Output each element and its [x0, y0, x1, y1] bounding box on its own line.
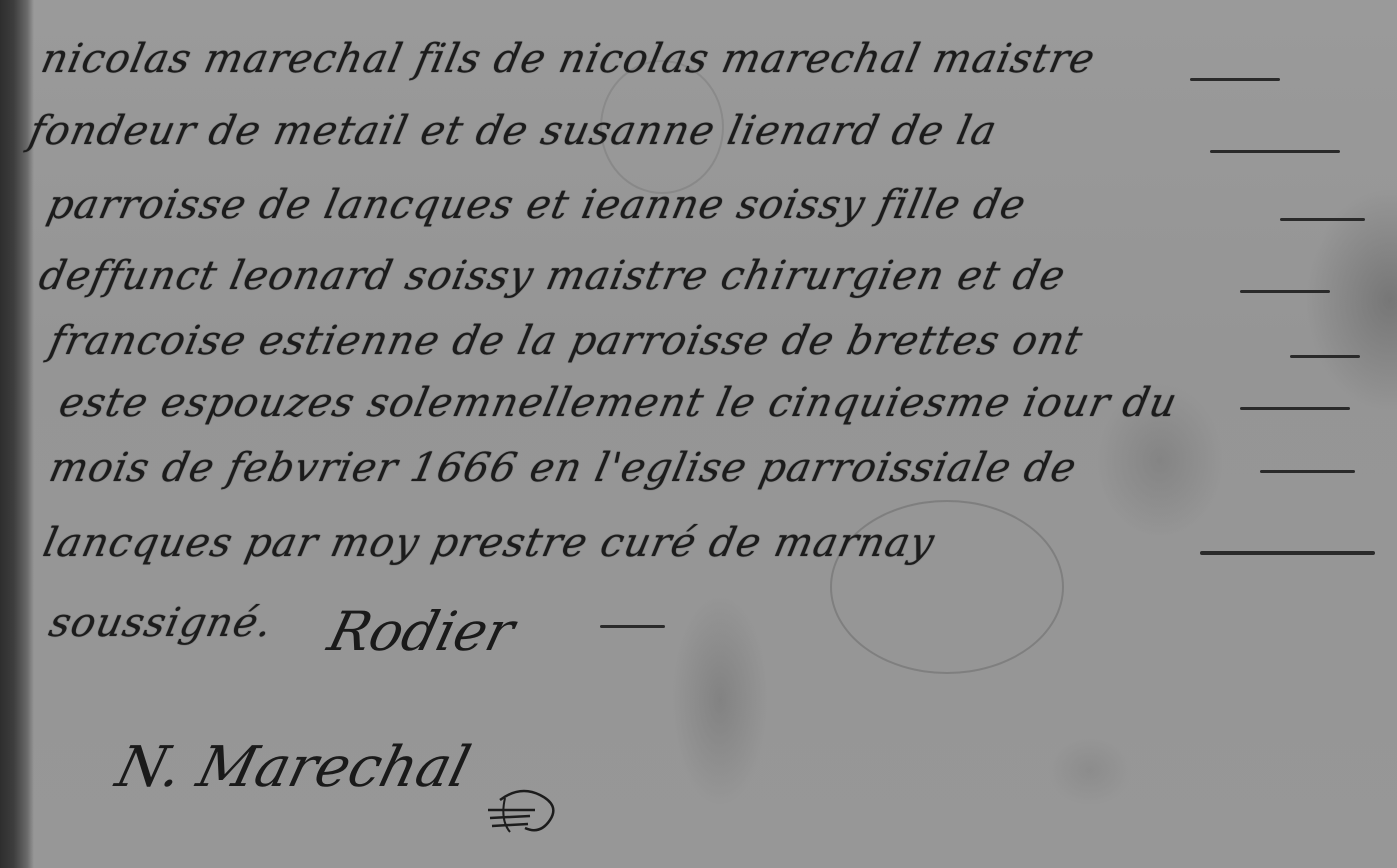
- line-flourish: [1290, 355, 1360, 358]
- signature-groom: N. Marechal: [110, 735, 477, 800]
- text-line-7: mois de febvrier 1666 en l'eglise parroi…: [45, 445, 1081, 491]
- line-flourish: [1240, 290, 1330, 293]
- line-flourish: [1260, 470, 1355, 473]
- line-flourish: [1280, 218, 1365, 221]
- text-line-6: este espouzes solemnellement le cinquies…: [55, 380, 1182, 426]
- text-line-4: deffunct leonard soissy maistre chirurgi…: [35, 253, 1070, 299]
- line-flourish: [1210, 150, 1340, 153]
- text-line-3: parroisse de lancques et ieanne soissy f…: [43, 182, 1030, 228]
- text-line-5: francoise estienne de la parroisse de br…: [45, 318, 1087, 364]
- document-page: nicolas marechal fils de nicolas marecha…: [0, 0, 1397, 868]
- text-line-9: soussigné.: [45, 600, 277, 646]
- text-line-8: lancques par moy prestre curé de marnay: [39, 520, 939, 566]
- line-flourish: [1200, 551, 1375, 555]
- line-flourish: [1240, 407, 1350, 410]
- signature-flourish: [600, 625, 665, 628]
- line-flourish: [1190, 78, 1280, 81]
- signature-priest: Rodier: [322, 600, 520, 663]
- page-edge-shadow: [0, 0, 34, 868]
- paraph-mark-icon: [480, 780, 580, 840]
- text-line-1: nicolas marechal fils de nicolas marecha…: [37, 36, 1099, 82]
- text-line-2: fondeur de metail et de susanne lienard …: [25, 108, 1001, 154]
